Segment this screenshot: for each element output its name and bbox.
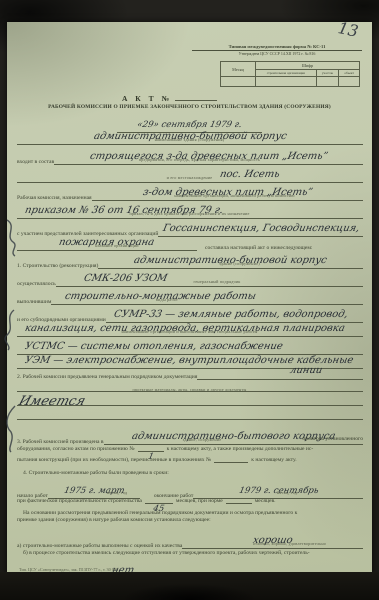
start-caption: месяц, год: [87, 491, 147, 495]
handwritten-page-number: 13: [336, 18, 360, 41]
form-approved-label: Утверждена ЦСУ СССР 14.XII 1972 г. № 816: [192, 51, 362, 56]
appendix-blank: [214, 457, 248, 463]
code-table: Месяц Шифр строительная организация учас…: [220, 61, 360, 87]
deviations-label-1: б) в процессе строительства имелись след…: [23, 550, 363, 556]
inspection-caption: здание, сооружение: [147, 438, 257, 442]
contractor-caption: генеральный подрядчик: [157, 280, 277, 284]
duration-text-a: при фактической продолжительности строит…: [17, 498, 142, 504]
terms-header: 4. Строительно-монтажные работы были про…: [23, 470, 169, 476]
tests-text-b: к настоящему акту.: [251, 457, 296, 463]
part-of-caption: предприятия, его очередь, краткая характ…: [67, 158, 332, 162]
works-caption: виды работ: [117, 298, 217, 302]
documents-blank-3: [17, 412, 363, 420]
documents-label: 2. Рабочей комиссии предъявлена генераль…: [17, 374, 197, 380]
documents-answer: Имеется: [19, 392, 85, 410]
photo-background-bottom: [0, 572, 379, 600]
building-name-caption: наименование здания (сооружения): [7, 138, 372, 142]
quality-caption: отлично, хорошо, удовлетворительно: [227, 542, 352, 546]
code-table-object-header: объект: [339, 70, 360, 77]
construction-caption: здание (сооружение): [167, 262, 312, 266]
scanned-photo: { "page_no": "13", "header": { "form": "…: [0, 0, 379, 600]
documents-field: [197, 372, 363, 380]
act-subtitle: РАБОЧЕЙ КОМИССИИ О ПРИЕМКЕ ЗАКОНЧЕННОГО …: [11, 104, 368, 110]
tests-text: пытания конструкций (при их необходимост…: [17, 457, 211, 463]
norm-blank: [226, 498, 252, 504]
order-caption: приказ, № и дата приказа или распоряжени…: [47, 212, 332, 216]
documents-handwritten: Имеется: [17, 396, 87, 408]
contractor-handwritten: СМК-206 УЗОМ: [83, 274, 168, 283]
commission-caption: наименование организации, назначившей ра…: [127, 194, 342, 198]
basis-paragraph-1: На основании рассмотрения предъявленной …: [23, 510, 363, 516]
code-table-empty-cell: [256, 77, 317, 87]
code-table-month-header: Месяц: [221, 62, 256, 77]
inspection-label: 3. Рабочей комиссией произведена в: [17, 439, 104, 445]
appendix-number-field: 1: [138, 446, 164, 452]
end-caption: месяц, год: [257, 491, 317, 495]
code-table-empty-cell: [339, 77, 360, 87]
margin-ink-mark: [2, 308, 20, 352]
terms-row: начало работ 1975 г. март окончание рабо…: [17, 480, 363, 499]
location-caption: и его местонахождение: [7, 176, 372, 180]
margin-ink-mark: [3, 218, 25, 258]
representatives-caption: название организации: [67, 244, 167, 248]
code-table-site-header: участок: [316, 70, 339, 77]
margin-ink-mark: [3, 404, 19, 454]
blank-line: [17, 412, 363, 420]
equipment-text-b: к настоящему акту, а также произведены д…: [167, 446, 314, 452]
duration-text-c: месяцев.: [255, 498, 276, 504]
documents-row: 2. Рабочей комиссии предъявлена генераль…: [17, 372, 363, 380]
quality-label: а) строительно-монтажные работы выполнен…: [17, 543, 182, 549]
act-form-page: 13 Типовая междуведомственная форма № КС…: [7, 22, 372, 575]
subcontractors-caption: наименование организаций и выполненные и…: [67, 330, 312, 334]
duration-text-b: месяцев, при норме: [176, 498, 223, 504]
duration-row: при фактической продолжительности строит…: [17, 498, 363, 504]
code-table-cipher-header: Шифр: [256, 62, 360, 70]
duration-field: 45: [145, 498, 173, 504]
form-type-label: Типовая междуведомственная форма № КС-11: [192, 44, 362, 51]
act-title: А К Т №: [7, 94, 332, 103]
equipment-row: оборудования, согласно актам по приложен…: [17, 446, 363, 452]
act-title-text: А К Т №: [122, 94, 172, 103]
basis-paragraph-2: приемке здания (сооружения) в натуре раб…: [17, 517, 363, 523]
code-table-empty-cell: [221, 77, 256, 87]
act-number-blank: [175, 95, 217, 101]
code-table-empty-cell: [316, 77, 339, 87]
documents-caption: проектные материалы, акты, справки и дру…: [77, 388, 302, 392]
tests-row: пытания конструкций (при их необходимост…: [17, 457, 363, 463]
inspection-right-label: проверка установленного: [302, 436, 363, 442]
code-table-org-header: строительная организация: [256, 70, 317, 77]
equipment-text-a: оборудования, согласно актам по приложен…: [17, 446, 135, 452]
